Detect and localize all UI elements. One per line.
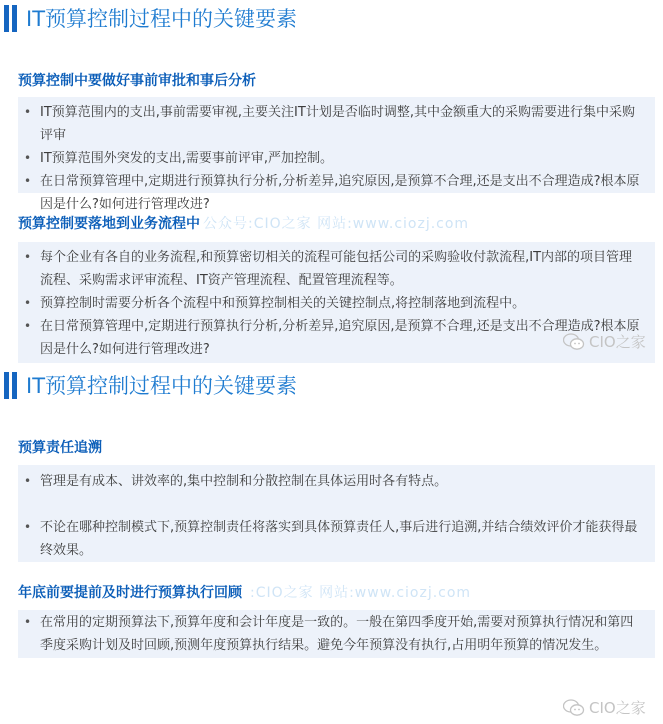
subsection-heading: 预算责任追溯	[18, 437, 102, 457]
watermark-text: 公众号:CIO之家 网站:www.ciozj.com	[203, 213, 469, 233]
bullet-icon: •	[24, 101, 31, 124]
item-text: IT预算范围外突发的支出,需要事前评审,严加控制。	[40, 151, 333, 166]
item-text: 不论在哪种控制模式下,预算控制责任将落实到具体预算责任人,事后进行追溯,并结合绩…	[40, 520, 637, 558]
section-header-1: IT预算控制过程中的关键要素	[0, 3, 297, 33]
corner-watermark: CIO之家	[563, 331, 646, 352]
watermark-text: CIO之家	[589, 331, 646, 352]
item-text: 管理是有成本、讲效率的,集中控制和分散控制在具体运用时各有特点。	[40, 474, 447, 489]
bullet-list: •在常用的定期预算法下,预算年度和会计年度是一致的。一般在第四季度开始,需要对预…	[18, 611, 645, 657]
bullet-icon: •	[24, 170, 31, 193]
bullet-list: •每个企业有各自的业务流程,和预算密切相关的流程可能包括公司的采购验收付款流程,…	[18, 246, 645, 361]
list-item: •管理是有成本、讲效率的,集中控制和分散控制在具体运用时各有特点。	[18, 470, 645, 493]
subsection-heading: 预算控制要落地到业务流程中	[18, 213, 200, 233]
bullet-box: •在常用的定期预算法下,预算年度和会计年度是一致的。一般在第四季度开始,需要对预…	[18, 610, 655, 658]
item-text: 在常用的定期预算法下,预算年度和会计年度是一致的。一般在第四季度开始,需要对预算…	[40, 615, 633, 653]
list-item: •预算控制时需要分析各个流程中和预算控制相关的关键控制点,将控制落地到流程中。	[18, 292, 645, 315]
bullet-icon: •	[24, 611, 31, 634]
bullet-box: •管理是有成本、讲效率的,集中控制和分散控制在具体运用时各有特点。 •不论在哪种…	[18, 465, 655, 562]
bullet-icon: •	[24, 292, 31, 315]
bullet-list: •管理是有成本、讲效率的,集中控制和分散控制在具体运用时各有特点。 •不论在哪种…	[18, 470, 645, 562]
bullet-icon: •	[24, 147, 31, 170]
list-item: •在常用的定期预算法下,预算年度和会计年度是一致的。一般在第四季度开始,需要对预…	[18, 611, 645, 657]
list-item: •IT预算范围内的支出,事前需要审视,主要关注IT计划是否临时调整,其中金额重大…	[18, 101, 645, 147]
section-header-2: IT预算控制过程中的关键要素	[0, 370, 297, 400]
watermark-text: CIO之家	[589, 697, 646, 718]
list-item: •IT预算范围外突发的支出,需要事前评审,严加控制。	[18, 147, 645, 170]
bullet-list: •IT预算范围内的支出,事前需要审视,主要关注IT计划是否临时调整,其中金额重大…	[18, 101, 645, 216]
subsection-heading: 预算控制中要做好事前审批和事后分析	[18, 70, 256, 90]
list-item: •在日常预算管理中,定期进行预算执行分析,分析差异,追究原因,是预算不合理,还是…	[18, 170, 645, 216]
item-text: 在日常预算管理中,定期进行预算执行分析,分析差异,追究原因,是预算不合理,还是支…	[40, 319, 640, 357]
bullet-icon: •	[24, 516, 31, 539]
corner-watermark: CIO之家	[563, 697, 646, 718]
accent-bar-icon	[4, 5, 17, 32]
wechat-icon	[563, 699, 585, 717]
list-item: •不论在哪种控制模式下,预算控制责任将落实到具体预算责任人,事后进行追溯,并结合…	[18, 516, 645, 562]
bullet-box: •IT预算范围内的支出,事前需要审视,主要关注IT计划是否临时调整,其中金额重大…	[18, 97, 655, 193]
item-text: IT预算范围内的支出,事前需要审视,主要关注IT计划是否临时调整,其中金额重大的…	[40, 105, 635, 143]
wechat-icon	[563, 333, 585, 351]
bullet-icon: •	[24, 470, 31, 493]
item-text: 预算控制时需要分析各个流程中和预算控制相关的关键控制点,将控制落地到流程中。	[40, 296, 525, 311]
watermark-text: :CIO之家 网站:www.ciozj.com	[250, 582, 471, 602]
list-item: •每个企业有各自的业务流程,和预算密切相关的流程可能包括公司的采购验收付款流程,…	[18, 246, 645, 292]
bullet-box: •每个企业有各自的业务流程,和预算密切相关的流程可能包括公司的采购验收付款流程,…	[18, 242, 655, 363]
bullet-icon: •	[24, 246, 31, 269]
item-text: 每个企业有各自的业务流程,和预算密切相关的流程可能包括公司的采购验收付款流程,I…	[40, 250, 632, 288]
bullet-icon: •	[24, 315, 31, 338]
section-title: IT预算控制过程中的关键要素	[26, 370, 297, 400]
subsection-heading: 年底前要提前及时进行预算执行回顾	[18, 582, 242, 602]
section-title: IT预算控制过程中的关键要素	[26, 3, 297, 33]
accent-bar-icon	[4, 372, 17, 399]
item-text: 在日常预算管理中,定期进行预算执行分析,分析差异,追究原因,是预算不合理,还是支…	[40, 174, 640, 212]
list-item: •在日常预算管理中,定期进行预算执行分析,分析差异,追究原因,是预算不合理,还是…	[18, 315, 645, 361]
